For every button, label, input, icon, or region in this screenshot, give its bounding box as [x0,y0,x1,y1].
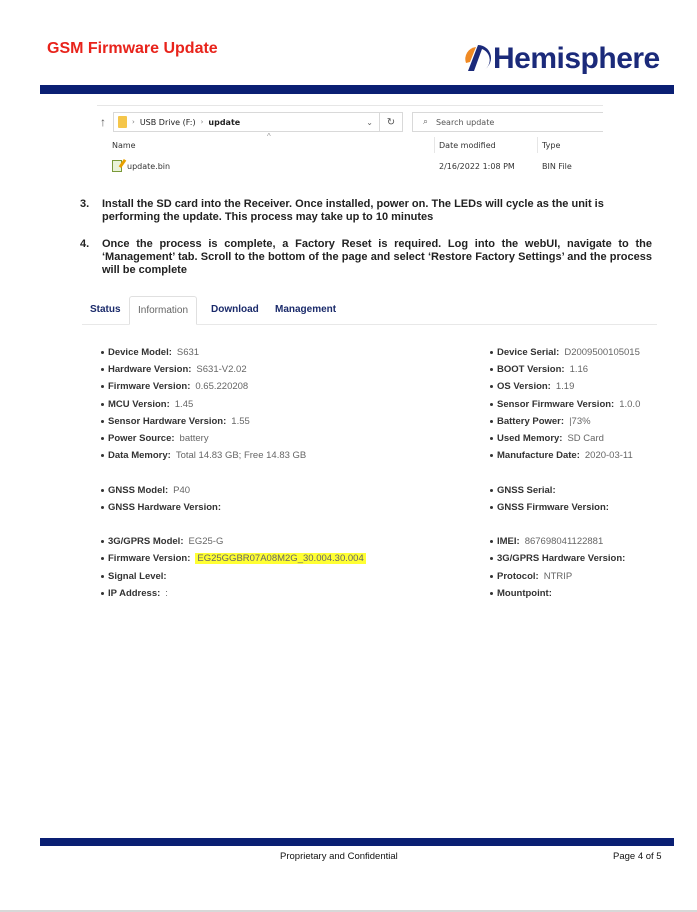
document-title: GSM Firmware Update [47,40,218,58]
info-value: P40 [173,485,190,496]
info-label: Firmware Version: [108,553,190,564]
bullet-icon [101,506,104,509]
info-item: Battery Power:|73% [490,416,591,427]
breadcrumb-drive[interactable]: USB Drive (F:) [140,118,196,127]
info-label: 3G/GPRS Model: [108,536,183,547]
bullet-icon [101,368,104,371]
sort-caret-icon: ^ [267,132,271,141]
info-item: GNSS Firmware Version: [490,502,614,513]
breadcrumb-current[interactable]: update [208,118,240,127]
bullet-icon [101,437,104,440]
tab-download[interactable]: Download [203,296,267,324]
info-value: D2009500105015 [564,347,640,358]
chevron-right-icon: › [132,118,135,126]
info-item: GNSS Hardware Version: [101,502,226,513]
refresh-button[interactable]: ↻ [380,112,403,132]
file-name[interactable]: update.bin [127,162,170,171]
bullet-icon [490,437,493,440]
info-item: IMEI:867698041122881 [490,536,603,547]
info-label: Manufacture Date: [497,450,580,461]
info-value: 1.16 [570,364,589,375]
info-label: GNSS Serial: [497,485,556,496]
info-item: Used Memory:SD Card [490,433,604,444]
bullet-icon [101,557,104,560]
info-label: GNSS Model: [108,485,168,496]
column-divider[interactable] [537,137,538,153]
info-label: Device Model: [108,347,172,358]
info-label: Sensor Firmware Version: [497,399,614,410]
info-value: 867698041122881 [525,536,604,547]
folder-icon [118,116,127,128]
info-value: EG25-G [188,536,223,547]
info-label: Sensor Hardware Version: [108,416,226,427]
info-label: Power Source: [108,433,175,444]
file-date: 2/16/2022 1:08 PM [439,162,515,171]
info-label: Device Serial: [497,347,559,358]
info-value: 1.19 [556,381,575,392]
tab-management[interactable]: Management [267,296,344,324]
info-item: Sensor Hardware Version:1.55 [101,416,250,427]
info-value: battery [180,433,209,444]
bullet-icon [490,368,493,371]
info-label: Used Memory: [497,433,562,444]
info-value: S631-V2.02 [196,364,246,375]
bullet-icon [101,420,104,423]
info-item: 3G/GPRS Model:EG25-G [101,536,223,547]
info-item: Firmware Version:EG25GGBR07A08M2G_30.004… [101,553,366,564]
bullet-icon [490,385,493,388]
info-item: MCU Version:1.45 [101,399,193,410]
step-text: Once the process is complete, a Factory … [102,238,652,277]
step-text: Install the SD card into the Receiver. O… [102,198,652,224]
explorer-top-border [97,105,603,106]
info-item: Hardware Version:S631-V2.02 [101,364,247,375]
bullet-icon [490,592,493,595]
info-value: 1.45 [175,399,194,410]
bullet-icon [101,454,104,457]
info-label: IMEI: [497,536,520,547]
bullet-icon [101,540,104,543]
bullet-icon [490,420,493,423]
info-label: GNSS Hardware Version: [108,502,221,513]
info-item: Manufacture Date:2020-03-11 [490,450,633,461]
bullet-icon [490,557,493,560]
info-label: Data Memory: [108,450,171,461]
hemisphere-logo: Hemisphere [462,41,660,77]
info-item: 3G/GPRS Hardware Version: [490,553,630,564]
info-label: Mountpoint: [497,588,552,599]
search-placeholder: Search update [436,118,494,127]
info-item: Power Source:battery [101,433,209,444]
bullet-icon [101,403,104,406]
column-header-date[interactable]: Date modified [439,141,496,150]
info-item: GNSS Serial: [490,485,561,496]
info-item: Protocol:NTRIP [490,571,572,582]
info-item: OS Version:1.19 [490,381,574,392]
file-icon [112,160,122,172]
step-number: 3. [80,198,102,224]
bullet-icon [101,575,104,578]
webui-tabs: Status Information Download Management [82,296,657,324]
info-item: Data Memory:Total 14.83 GB; Free 14.83 G… [101,450,306,461]
bullet-icon [101,489,104,492]
info-value: S631 [177,347,199,358]
highlighted-value: EG25GGBR07A08M2G_30.004.30.004 [195,553,365,564]
tab-status[interactable]: Status [82,296,129,324]
address-bar[interactable]: › USB Drive (F:) › update ⌄ [113,112,380,132]
info-value: 1.0.0 [619,399,640,410]
info-label: BOOT Version: [497,364,565,375]
info-value: : [165,588,168,599]
info-value: SD Card [567,433,603,444]
info-item: GNSS Model:P40 [101,485,190,496]
info-label: MCU Version: [108,399,170,410]
info-item: Mountpoint: [490,588,557,599]
tab-information[interactable]: Information [129,296,197,325]
chevron-down-icon[interactable]: ⌄ [366,118,373,127]
info-label: Signal Level: [108,571,167,582]
info-item: Device Model:S631 [101,347,199,358]
bullet-icon [490,506,493,509]
logo-text: Hemisphere [493,41,660,77]
file-type: BIN File [542,162,572,171]
page-number: Page 4 of 5 [613,851,662,862]
bullet-icon [101,351,104,354]
step-3: 3. Install the SD card into the Receiver… [80,198,652,224]
bullet-icon [490,351,493,354]
info-label: Protocol: [497,571,539,582]
file-explorer: ↑ › USB Drive (F:) › update ⌄ ↻ ⌕ Search… [97,105,603,185]
info-item: Firmware Version:0.65.220208 [101,381,248,392]
search-icon: ⌕ [423,117,428,127]
column-header-type[interactable]: Type [542,141,560,150]
column-divider[interactable] [434,137,435,153]
info-item: IP Address:: [101,588,168,599]
bullet-icon [490,575,493,578]
footer-divider-bar [40,838,674,846]
search-input[interactable]: ⌕ Search update [412,112,603,132]
bullet-icon [490,489,493,492]
info-value: NTRIP [544,571,573,582]
info-value: 2020-03-11 [585,450,633,461]
info-value: Total 14.83 GB; Free 14.83 GB [176,450,306,461]
info-label: Hardware Version: [108,364,191,375]
info-label: Firmware Version: [108,381,190,392]
info-item: Sensor Firmware Version:1.0.0 [490,399,640,410]
step-4: 4. Once the process is complete, a Facto… [80,238,652,277]
info-value: |73% [569,416,590,427]
info-value: 0.65.220208 [195,381,248,392]
bullet-icon [490,540,493,543]
info-label: GNSS Firmware Version: [497,502,609,513]
footer-confidential: Proprietary and Confidential [280,851,398,862]
chevron-right-icon: › [201,118,204,126]
info-label: 3G/GPRS Hardware Version: [497,553,625,564]
bullet-icon [490,454,493,457]
info-value: 1.55 [231,416,250,427]
hemisphere-logo-icon [462,41,492,77]
info-label: Battery Power: [497,416,564,427]
info-label: OS Version: [497,381,551,392]
info-item: Signal Level: [101,571,172,582]
up-arrow-icon[interactable]: ↑ [100,115,106,129]
bullet-icon [490,403,493,406]
column-header-name[interactable]: Name [112,141,136,150]
bullet-icon [101,592,104,595]
header-divider-bar [40,85,674,94]
step-number: 4. [80,238,102,277]
info-item: Device Serial:D2009500105015 [490,347,640,358]
info-label: IP Address: [108,588,160,599]
info-item: BOOT Version:1.16 [490,364,588,375]
bullet-icon [101,385,104,388]
